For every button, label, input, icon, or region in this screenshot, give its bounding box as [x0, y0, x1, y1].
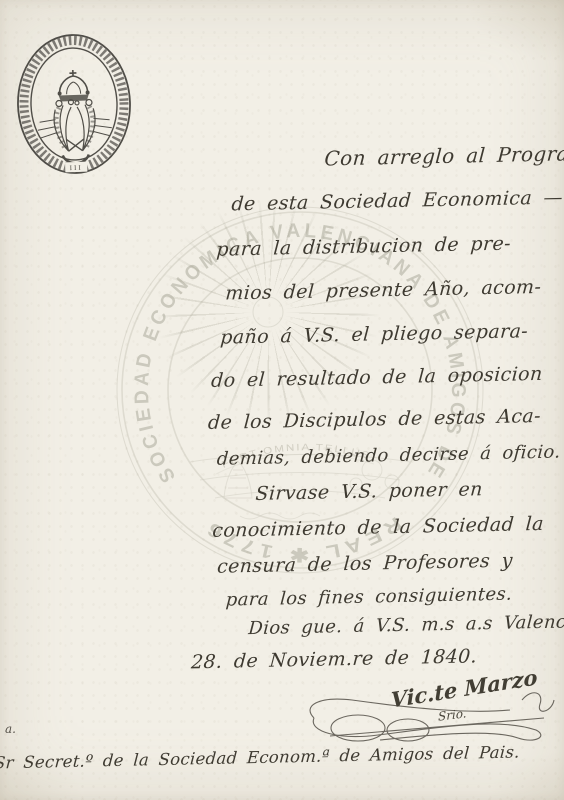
- manuscript-line: conocimiento de la Sociedad la: [212, 514, 545, 542]
- manuscript-line: para la distribucion de pre-: [216, 234, 512, 261]
- manuscript-line: 28. de Noviem.re de 1840.: [190, 646, 477, 673]
- manuscript-line: Con arreglo al Programa: [324, 142, 564, 170]
- manuscript-line: para los fines consiguientes.: [225, 585, 513, 611]
- manuscript-line: de los Discipulos de estas Aca-: [207, 406, 541, 434]
- manuscript-line: Dios gue. á V.S. m.s a.s Valencia: [248, 612, 564, 639]
- margin-mark: a.: [5, 722, 16, 736]
- manuscript-line: censura de los Profesores y: [216, 551, 513, 578]
- document-page: III SOCIEDAD ECONOMICA VALENCIANA DE AMI…: [0, 0, 564, 800]
- manuscript-line: de esta Sociedad Economica —: [231, 187, 564, 215]
- manuscript-line: paño á V.S. el pliego separa-: [220, 321, 529, 348]
- manuscript-line: demias, debiendo decirse á oficio.: [216, 443, 561, 470]
- manuscript-line: do el resultado de la oposicion: [210, 364, 543, 392]
- manuscript-line: mios del presente Año, acom-: [225, 277, 542, 305]
- manuscript-line: Sirvase V.S. poner en: [255, 479, 484, 505]
